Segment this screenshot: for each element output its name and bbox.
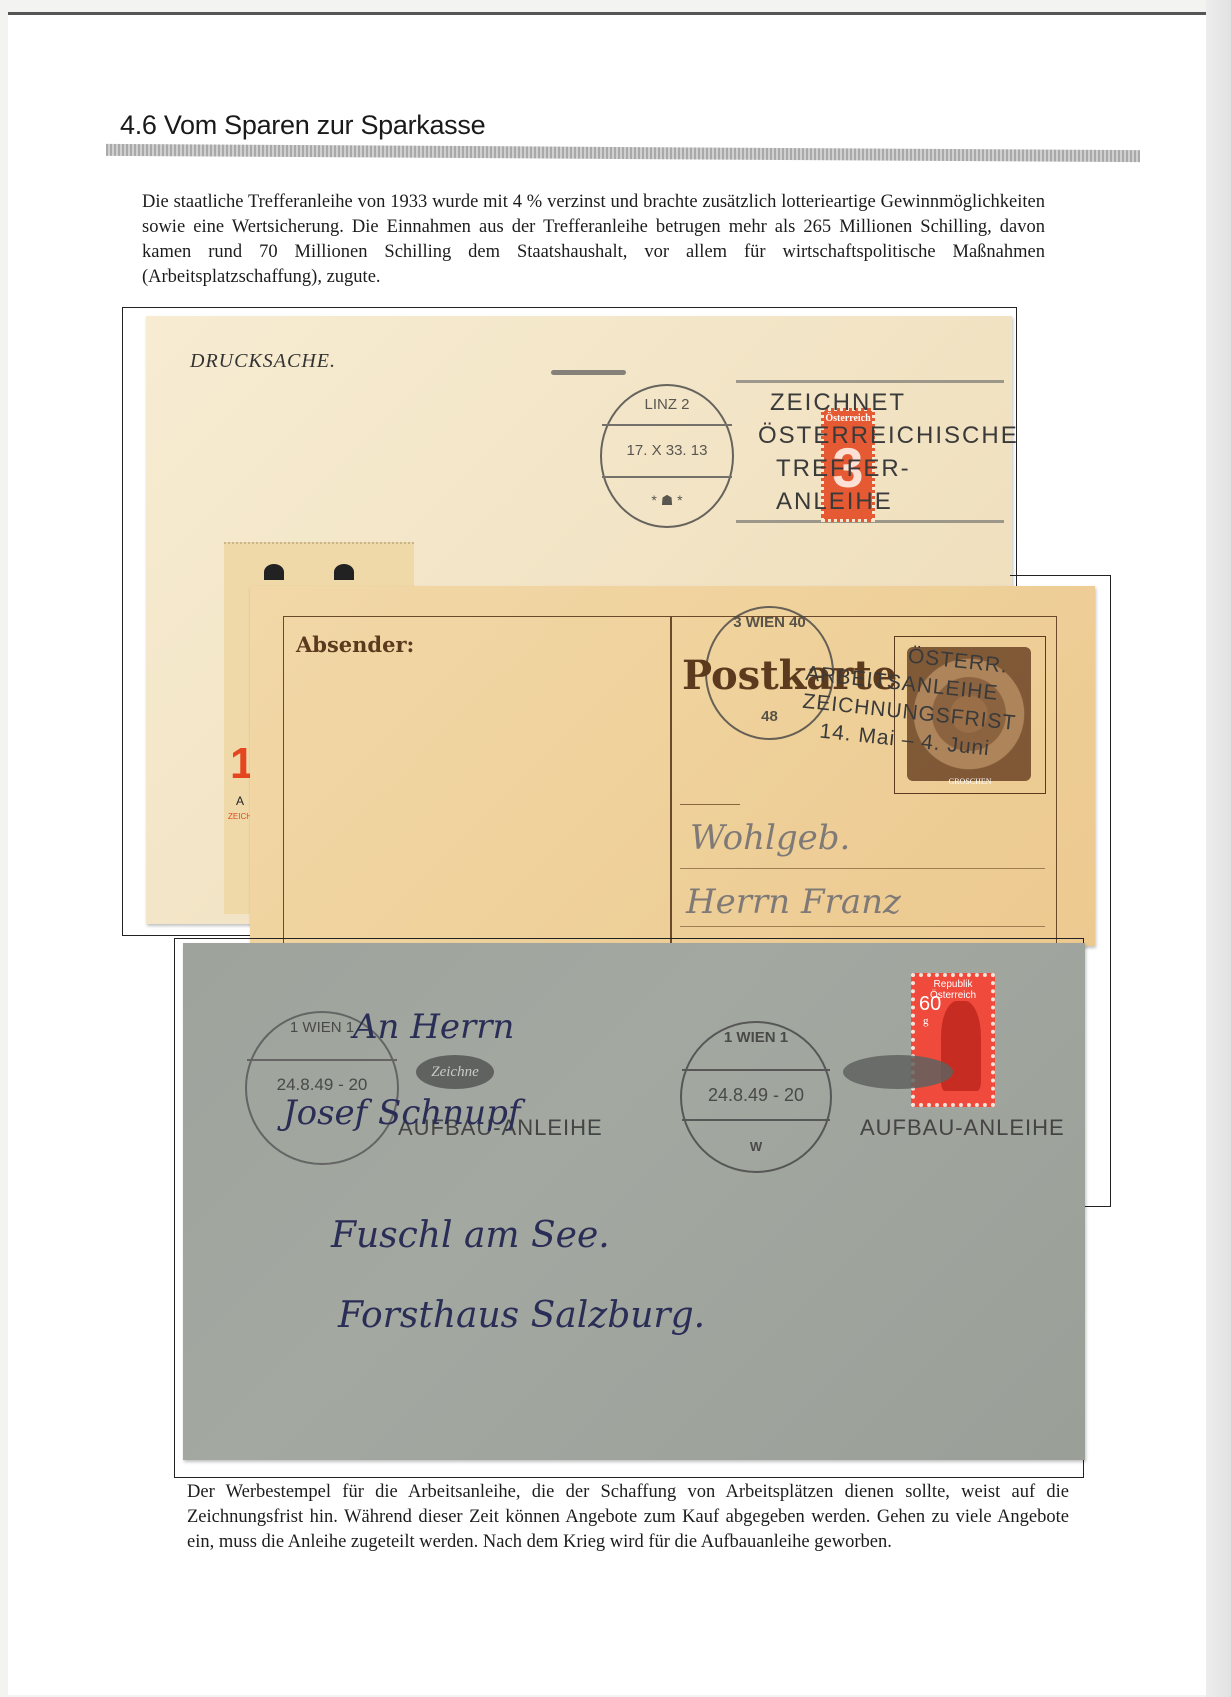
page-title: 4.6 Vom Sparen zur Sparkasse bbox=[120, 110, 485, 141]
sender-label: Absender: bbox=[296, 632, 414, 657]
postmark-date: 24.8.49 - 20 bbox=[247, 1075, 397, 1095]
address-line bbox=[680, 926, 1045, 927]
postmark-code: W bbox=[682, 1139, 830, 1154]
slogan-cancel-treffer: ZEICHNET ÖSTERREICHISCHE TREFFER- ANLEIH… bbox=[758, 386, 1019, 518]
address-line-4: Forsthaus Salzburg. bbox=[338, 1295, 705, 1336]
stamp-value: 60 bbox=[919, 993, 941, 1016]
address-line-2: Josef Schnupf bbox=[283, 1093, 520, 1133]
scan-edge bbox=[1206, 0, 1231, 1697]
slogan-aufbauanleihe-right: AUFBAU-ANLEIHE bbox=[860, 1115, 1065, 1141]
divider-line bbox=[670, 616, 672, 946]
postmark-stars-icon: * ☗ * bbox=[602, 492, 732, 509]
label-small-text: ZEICH bbox=[228, 812, 252, 821]
address-line-1: An Herrn bbox=[353, 1007, 514, 1047]
address-line bbox=[680, 868, 1045, 869]
address-line-2: Herrn Franz bbox=[686, 882, 901, 922]
postmark-town: 1 WIEN 1 bbox=[682, 1029, 830, 1046]
postkarte-card: Absender: 3 WIEN 40 48 Postkarte GROSCHE… bbox=[250, 586, 1095, 946]
stamp-unit: g bbox=[923, 1015, 929, 1027]
address-line bbox=[680, 804, 740, 805]
slogan-line: ZEICHNET bbox=[758, 386, 1019, 419]
slogan-cancel-arbeitsanleihe: ÖSTERR. ARBEITSANLEIHE ZEICHNUNGSFRIST 1… bbox=[798, 632, 1023, 766]
postmark-town: LINZ 2 bbox=[602, 396, 732, 413]
postmark-date: 24.8.49 - 20 bbox=[682, 1085, 830, 1106]
slogan-line: ANLEIHE bbox=[758, 485, 1019, 518]
caption-paragraph: Der Werbestempel für die Arbeitsanleihe,… bbox=[187, 1480, 1069, 1555]
slogan-rule-top bbox=[736, 380, 1004, 383]
zeichne-badge: Zeichne bbox=[416, 1055, 494, 1089]
zeichne-badge-right bbox=[843, 1055, 953, 1089]
aufbauanleihe-envelope: 1 WIEN 1 24.8.49 - 20 Zeichne AUFBAU-ANL… bbox=[183, 943, 1085, 1460]
postmark-wien-1-right: 1 WIEN 1 24.8.49 - 20 W bbox=[680, 1021, 832, 1173]
intro-paragraph: Die staatliche Trefferanleihe von 1933 w… bbox=[142, 190, 1045, 290]
cancel-smudge bbox=[551, 370, 626, 375]
slogan-line: ÖSTERREICHISCHE bbox=[758, 419, 1019, 452]
address-line-3: Fuschl am See. bbox=[331, 1215, 610, 1256]
postmark-linz: LINZ 2 17. X 33. 13 * ☗ * bbox=[600, 384, 734, 528]
label-letter: A bbox=[236, 794, 244, 808]
slogan-line: TREFFER- bbox=[758, 452, 1019, 485]
postmark-town: 3 WIEN 40 bbox=[707, 614, 832, 631]
postmark-date: 17. X 33. 13 bbox=[602, 442, 732, 459]
address-line-1: Wohlgeb. bbox=[690, 818, 850, 858]
stamp-unit: GROSCHEN bbox=[895, 777, 1045, 786]
drucksache-label: DRUCKSACHE. bbox=[190, 350, 336, 373]
